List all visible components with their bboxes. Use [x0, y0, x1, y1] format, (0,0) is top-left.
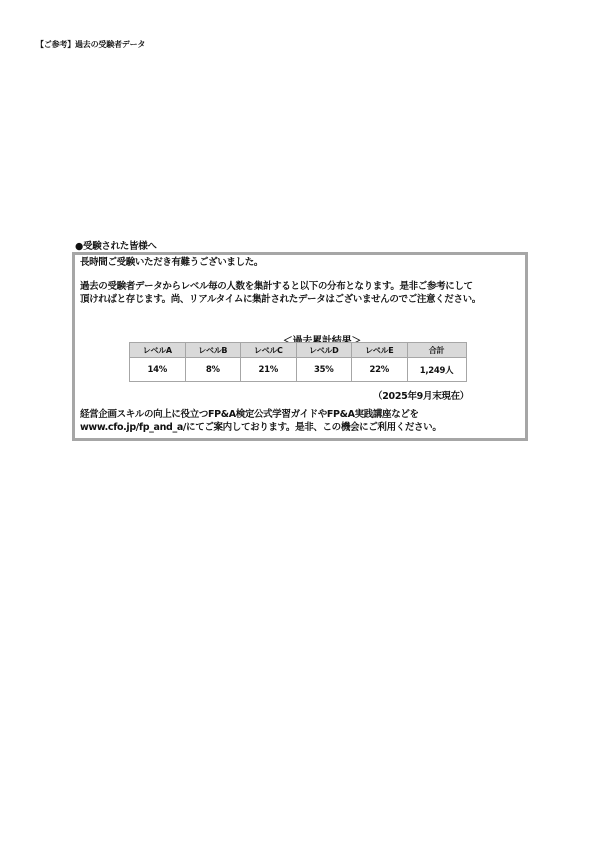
header-level-c: レベルC: [241, 343, 297, 358]
header-total: 合計: [407, 343, 466, 358]
results-table: レベルA レベルB レベルC レベルD レベルE 合計 14% 8% 21% 3…: [129, 342, 467, 382]
footer-paragraph: 経営企画スキルの向上に役立つFP&A検定公式学習ガイドやFP&A実践講座などを …: [80, 409, 442, 434]
value-level-b: 8%: [185, 358, 241, 382]
header-level-e: レベルE: [352, 343, 408, 358]
value-level-c: 21%: [241, 358, 297, 382]
header-level-d: レベルD: [296, 343, 352, 358]
as-of-date: （2025年9月末現在）: [373, 388, 469, 402]
notice-box: 長時間ご受験いただき有難うございました。 過去の受験者データからレベル毎の人数を…: [72, 252, 528, 441]
value-level-e: 22%: [352, 358, 408, 382]
value-level-d: 35%: [296, 358, 352, 382]
page-heading: 【ご参考】過去の受験者データ: [36, 39, 145, 50]
header-level-a: レベルA: [130, 343, 186, 358]
footer-line-link: www.cfo.jp/fp_and_a/にてご案内しております。是非、この機会に…: [80, 422, 442, 435]
header-level-b: レベルB: [185, 343, 241, 358]
intro-line: 頂ければと存じます。尚、リアルタイムに集計されたデータはございませんのでご注意く…: [80, 294, 481, 307]
greeting-text: 長時間ご受験いただき有難うございました。: [80, 257, 263, 270]
intro-line: 過去の受験者データからレベル毎の人数を集計すると以下の分布となります。是非ご参考…: [80, 281, 481, 294]
intro-paragraph: 過去の受験者データからレベル毎の人数を集計すると以下の分布となります。是非ご参考…: [80, 281, 481, 306]
section-label: ●受験された皆様へ: [75, 238, 157, 252]
value-total: 1,249人: [407, 358, 466, 382]
value-level-a: 14%: [130, 358, 186, 382]
table-row: 14% 8% 21% 35% 22% 1,249人: [130, 358, 467, 382]
footer-line: 経営企画スキルの向上に役立つFP&A検定公式学習ガイドやFP&A実践講座などを: [80, 409, 442, 422]
table-header-row: レベルA レベルB レベルC レベルD レベルE 合計: [130, 343, 467, 358]
